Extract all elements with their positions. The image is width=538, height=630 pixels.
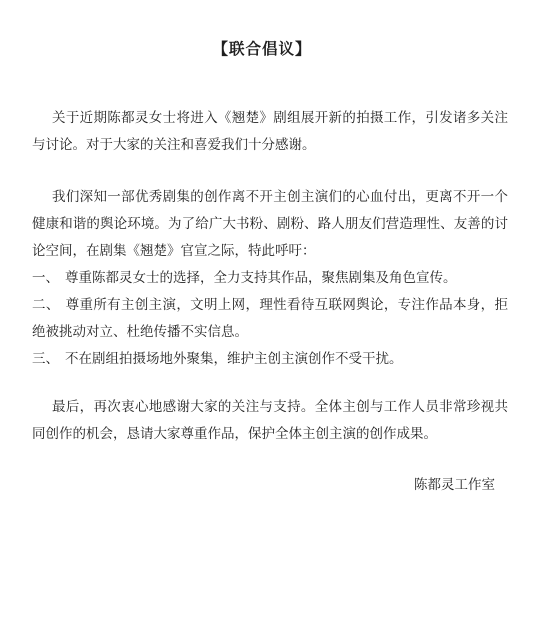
- appeal-list-item-2: 二、尊重所有主创主演，文明上网，理性看待互联网舆论，专注作品本身，拒绝被挑动对立…: [32, 291, 508, 345]
- appeal-list-item-2-number: 二、: [32, 297, 60, 312]
- appeal-list-item-1-number: 一、: [32, 270, 59, 285]
- statement-document-page: 【联合倡议】 关于近期陈都灵女士将进入《翘楚》剧组展开新的拍摄工作，引发诸多关注…: [0, 0, 538, 630]
- appeal-list-item-3: 三、不在剧组拍摄场地外聚集，维护主创主演创作不受干扰。: [32, 345, 508, 372]
- closing-paragraph: 最后，再次衷心地感谢大家的关注与支持。全体主创与工作人员非常珍视共同创作的机会，…: [32, 393, 508, 447]
- appeal-list: 一、尊重陈都灵女士的选择，全力支持其作品，聚焦剧集及角色宣传。 二、尊重所有主创…: [32, 264, 508, 372]
- context-paragraph: 我们深知一部优秀剧集的创作离不开主创主演们的心血付出，更离不开一个健康和谐的舆论…: [32, 183, 508, 264]
- signature: 陈都灵工作室: [32, 471, 508, 498]
- intro-paragraph: 关于近期陈都灵女士将进入《翘楚》剧组展开新的拍摄工作，引发诸多关注与讨论。对于大…: [32, 104, 508, 158]
- appeal-list-item-2-text: 尊重所有主创主演，文明上网，理性看待互联网舆论，专注作品本身，拒绝被挑动对立、杜…: [32, 297, 508, 339]
- appeal-list-item-1-text: 尊重陈都灵女士的选择，全力支持其作品，聚焦剧集及角色宣传。: [65, 270, 457, 285]
- appeal-list-item-1: 一、尊重陈都灵女士的选择，全力支持其作品，聚焦剧集及角色宣传。: [32, 264, 508, 291]
- appeal-list-item-3-text: 不在剧组拍摄场地外聚集，维护主创主演创作不受干扰。: [65, 351, 403, 366]
- document-title: 【联合倡议】: [32, 38, 508, 62]
- appeal-list-item-3-number: 三、: [32, 351, 59, 366]
